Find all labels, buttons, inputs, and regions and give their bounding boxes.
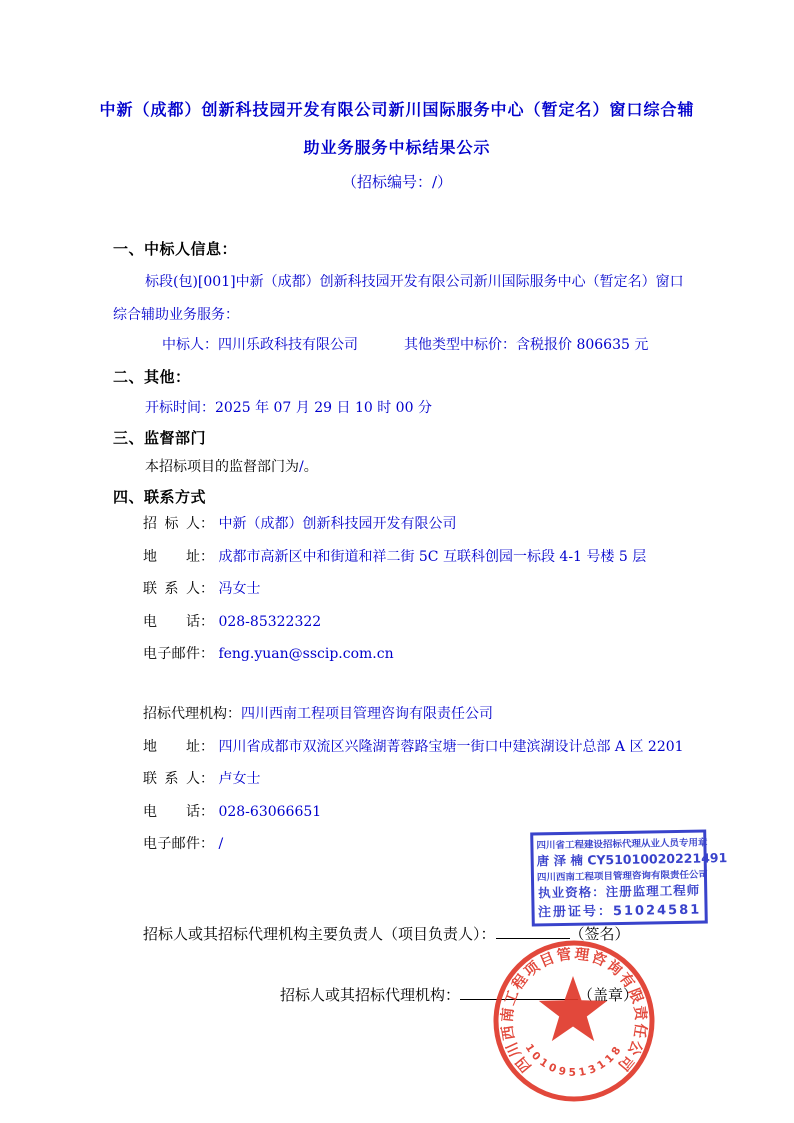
row-colon: ：	[200, 614, 214, 630]
winner-row: 中标人：四川乐政科技有限公司其他类型中标价：含税报价 806635 元	[162, 334, 648, 354]
row-colon: ：	[227, 706, 241, 722]
doc-title-line2: 助业务服务中标结果公示	[0, 135, 794, 158]
stamp-reg-number: 注册证号：51024581	[537, 899, 701, 921]
signature1-label: 招标人或其招标代理机构主要负责人（项目负责人）：	[143, 925, 496, 943]
section1-paragraph: 标段(包)[001]中新（成都）创新科技园开发有限公司新川国际服务中心（暂定名）…	[113, 266, 685, 332]
contact-row-agency-address: 地址： 四川省成都市双流区兴隆湖菁蓉路宝塘一街口中建滨湖设计总部 A 区 220…	[143, 737, 684, 770]
winner-price: 其他类型中标价：含税报价 806635 元	[404, 337, 648, 353]
row-value: 028-85322322	[218, 614, 321, 630]
supervision-suffix: 。	[304, 459, 318, 475]
contact-row-agency-contact: 联系人： 卢女士	[143, 769, 684, 802]
row-label: 电话	[143, 802, 200, 822]
row-value: 四川西南工程项目管理咨询有限责任公司	[241, 706, 493, 722]
row-colon: ：	[200, 739, 214, 755]
row-label: 联系人	[143, 769, 200, 789]
contact-row-tenderer-name: 招标人： 中新（成都）创新科技园开发有限公司	[143, 514, 646, 547]
company-seal-graphic: 四川西南工程项目管理咨询有限责任公司 5101095131180	[491, 938, 657, 1104]
row-label: 招标人	[143, 514, 200, 534]
row-colon: ：	[200, 836, 214, 852]
contact-row-tenderer-email: 电子邮件： feng.yuan@sscip.com.cn	[143, 644, 646, 677]
section1-heading: 一、中标人信息：	[113, 238, 237, 259]
signature2-label: 招标人或其招标代理机构：	[280, 986, 460, 1004]
practitioner-stamp: 四川省工程建设招标代理从业人员专用章 唐 泽 楠 CY5101002022149…	[530, 829, 708, 926]
supervision-line: 本招标项目的监督部门为/。	[145, 456, 318, 476]
row-label: 电话	[143, 612, 200, 632]
row-value: 028-63066651	[218, 804, 321, 820]
row-colon: ：	[200, 771, 214, 787]
row-value: 四川省成都市双流区兴隆湖菁蓉路宝塘一街口中建滨湖设计总部 A 区 2201	[218, 739, 683, 755]
row-colon: ：	[200, 516, 214, 532]
contact-row-agency-phone: 电话： 028-63066651	[143, 802, 684, 835]
row-value: 中新（成都）创新科技园开发有限公司	[218, 516, 456, 532]
row-colon: ：	[200, 581, 214, 597]
seal-star-icon	[539, 976, 607, 1041]
row-value: 冯女士	[218, 581, 260, 597]
company-seal: 四川西南工程项目管理咨询有限责任公司 5101095131180	[491, 938, 657, 1104]
row-value: feng.yuan@sscip.com.cn	[218, 646, 393, 662]
doc-title-line1: 中新（成都）创新科技园开发有限公司新川国际服务中心（暂定名）窗口综合辅	[0, 97, 794, 120]
section4-heading: 四、联系方式	[113, 486, 206, 507]
contact-row-tenderer-phone: 电话： 028-85322322	[143, 612, 646, 645]
contact-row-tenderer-contact: 联系人： 冯女士	[143, 579, 646, 612]
section2-heading: 二、其他：	[113, 366, 191, 387]
row-colon: ：	[200, 549, 214, 565]
contact-row-tenderer-address: 地址： 成都市高新区中和街道和祥二街 5C 互联科创园一标段 4-1 号楼 5 …	[143, 547, 646, 580]
supervision-prefix: 本招标项目的监督部门为	[145, 459, 299, 475]
row-value: 卢女士	[218, 771, 260, 787]
contact-row-agency-name: 招标代理机构：四川西南工程项目管理咨询有限责任公司	[143, 704, 684, 737]
winner-name: 中标人：四川乐政科技有限公司	[162, 337, 358, 353]
bid-number: （招标编号：/）	[0, 171, 794, 192]
row-label: 电子邮件	[143, 644, 200, 664]
row-value: 成都市高新区中和街道和祥二街 5C 互联科创园一标段 4-1 号楼 5 层	[218, 549, 646, 565]
row-label: 联系人	[143, 579, 200, 599]
row-label: 地址	[143, 737, 200, 757]
row-colon: ：	[200, 804, 214, 820]
open-time: 开标时间：2025 年 07 月 29 日 10 时 00 分	[145, 397, 432, 417]
document-page: 中新（成都）创新科技园开发有限公司新川国际服务中心（暂定名）窗口综合辅 助业务服…	[0, 0, 794, 1123]
section3-heading: 三、监督部门	[113, 427, 206, 448]
row-label: 地址	[143, 547, 200, 567]
tenderer-contact-block: 招标人： 中新（成都）创新科技园开发有限公司 地址： 成都市高新区中和街道和祥二…	[143, 514, 646, 677]
row-label: 招标代理机构	[143, 706, 227, 722]
row-colon: ：	[200, 646, 214, 662]
row-value: /	[218, 836, 223, 852]
row-label: 电子邮件	[143, 834, 200, 854]
